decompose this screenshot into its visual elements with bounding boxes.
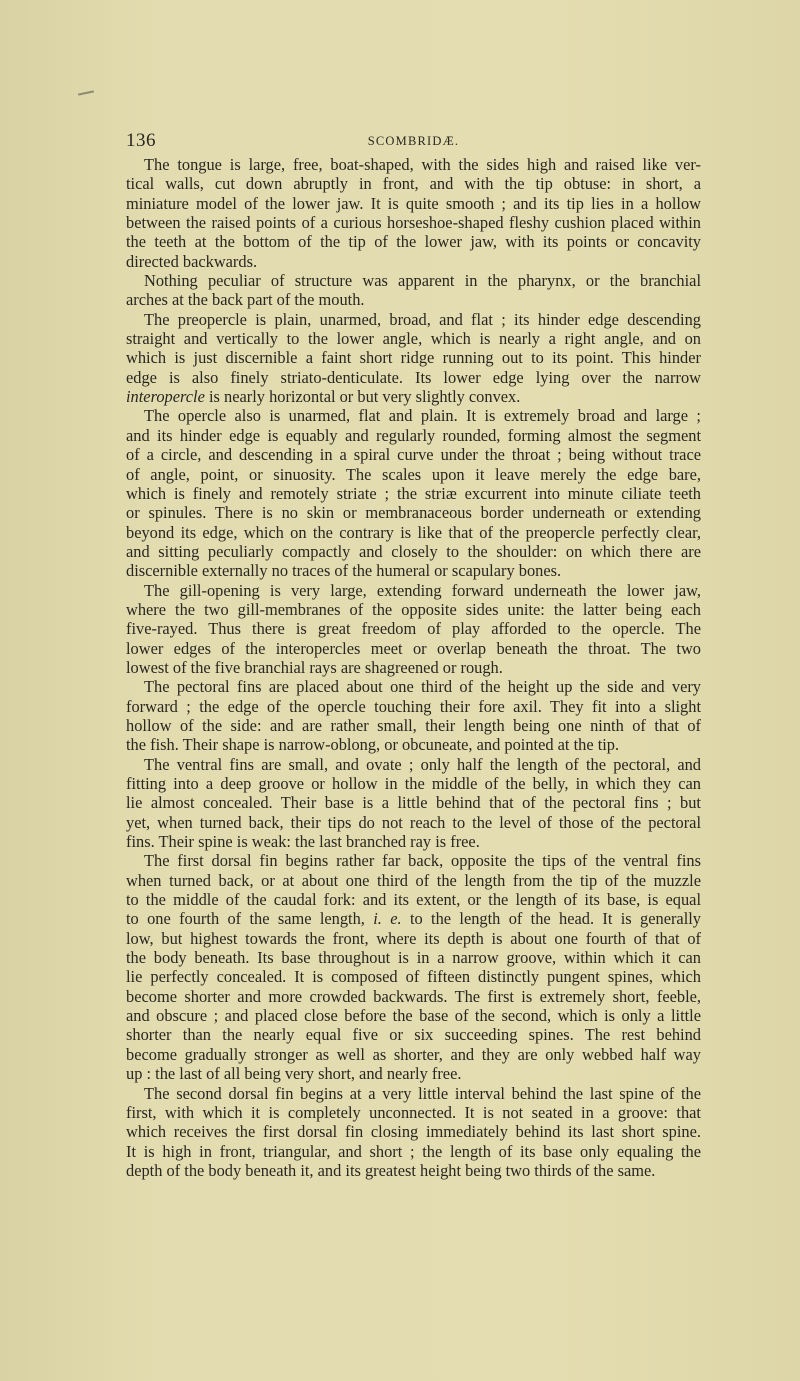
text-line: and its hinder edge is equably and regul… [126,426,701,445]
text-line: low, but highest towards the front, wher… [126,929,701,948]
text-line: shorter than the nearly equal five or si… [126,1025,701,1044]
text-line: between the raised points of a curious h… [126,213,701,232]
paragraph-second-dorsal-fin: The second dorsal fin begins at a very l… [126,1084,701,1181]
text-line: Nothing peculiar of structure was appare… [126,271,701,290]
paragraph-preopercle: The preopercle is plain, unarmed, broad,… [126,310,701,407]
text-line: edge is also finely striato-denticulate.… [126,368,701,387]
italic-term: i. e. [373,909,401,928]
text-line: The tongue is large, free, boat-shaped, … [126,155,701,174]
text-line: first, with which it is completely uncon… [126,1103,701,1122]
text-line: miniature model of the lower jaw. It is … [126,194,701,213]
paragraph-pectoral-fins: The pectoral fins are placed about one t… [126,677,701,754]
text-line: beyond its edge, which on the contrary i… [126,523,701,542]
text-line: The second dorsal fin begins at a very l… [126,1084,701,1103]
text-line: which is just discernible a faint short … [126,348,701,367]
text-line: the fish. Their shape is narrow-oblong, … [126,735,701,754]
text-line: fins. Their spine is weak: the last bran… [126,832,701,851]
paragraph-first-dorsal-fin: The first dorsal fin begins rather far b… [126,851,701,1083]
text-line: the body beneath. Its base throughout is… [126,948,701,967]
paragraph-gill-opening: The gill-opening is very large, extendin… [126,581,701,678]
text-line: The opercle also is unarmed, flat and pl… [126,406,701,425]
text-line: lower edges of the interopercles meet or… [126,639,701,658]
book-page: 136 SCOMBRIDÆ. The tongue is large, free… [0,0,800,1381]
text-fragment: is nearly horizontal or but very slightl… [205,387,520,406]
text-fragment: to the length of the head. It is general… [402,909,701,928]
running-head: SCOMBRIDÆ. [126,134,701,149]
text-line: of angle, point, or sinuosity. The scale… [126,465,701,484]
text-line: lowest of the five branchial rays are sh… [126,658,701,677]
body-text: The tongue is large, free, boat-shaped, … [126,155,701,1180]
page-blemish [78,90,94,95]
text-line: The gill-opening is very large, extendin… [126,581,701,600]
text-line: arches at the back part of the mouth. [126,290,701,309]
text-line: five-rayed. Thus there is great freedom … [126,619,701,638]
text-line: which is finely and remotely striate ; t… [126,484,701,503]
italic-term: interopercle [126,387,205,406]
text-line: interopercle is nearly horizontal or but… [126,387,701,406]
text-line: forward ; the edge of the opercle touchi… [126,697,701,716]
text-line: become gradually stronger as well as sho… [126,1045,701,1064]
text-line: when turned back, or at about one third … [126,871,701,890]
text-line: yet, when turned back, their tips do not… [126,813,701,832]
text-line: to the middle of the caudal fork: and it… [126,890,701,909]
text-line: lie perfectly concealed. It is composed … [126,967,701,986]
paragraph-pharynx: Nothing peculiar of structure was appare… [126,271,701,310]
text-line: lie almost concealed. Their base is a li… [126,793,701,812]
text-line: The first dorsal fin begins rather far b… [126,851,701,870]
text-line: fitting into a deep groove or hollow in … [126,774,701,793]
text-line: tical walls, cut down abruptly in front,… [126,174,701,193]
text-line: which receives the first dorsal fin clos… [126,1122,701,1141]
text-line: of a circle, and descending in a spiral … [126,445,701,464]
text-line: hollow of the side: and are rather small… [126,716,701,735]
text-line: and obscure ; and placed close before th… [126,1006,701,1025]
text-fragment: to one fourth of the same length, [126,909,373,928]
text-line: depth of the body beneath it, and its gr… [126,1161,701,1180]
text-line: the teeth at the bottom of the tip of th… [126,232,701,251]
text-line: It is high in front, triangular, and sho… [126,1142,701,1161]
paragraph-opercle: The opercle also is unarmed, flat and pl… [126,406,701,580]
page-header: 136 SCOMBRIDÆ. [126,130,701,154]
text-line: to one fourth of the same length, i. e. … [126,909,701,928]
text-line: The preopercle is plain, unarmed, broad,… [126,310,701,329]
text-line: The pectoral fins are placed about one t… [126,677,701,696]
text-line: straight and vertically to the lower ang… [126,329,701,348]
text-line: directed backwards. [126,252,701,271]
text-line: become shorter and more crowded backward… [126,987,701,1006]
text-line: or spinules. There is no skin or membran… [126,503,701,522]
text-line: The ventral fins are small, and ovate ; … [126,755,701,774]
text-line: discernible externally no traces of the … [126,561,701,580]
text-line: and sitting peculiarly compactly and clo… [126,542,701,561]
text-line: up : the last of all being very short, a… [126,1064,701,1083]
text-line: where the two gill-membranes of the oppo… [126,600,701,619]
paragraph-ventral-fins: The ventral fins are small, and ovate ; … [126,755,701,852]
paragraph-tongue: The tongue is large, free, boat-shaped, … [126,155,701,271]
